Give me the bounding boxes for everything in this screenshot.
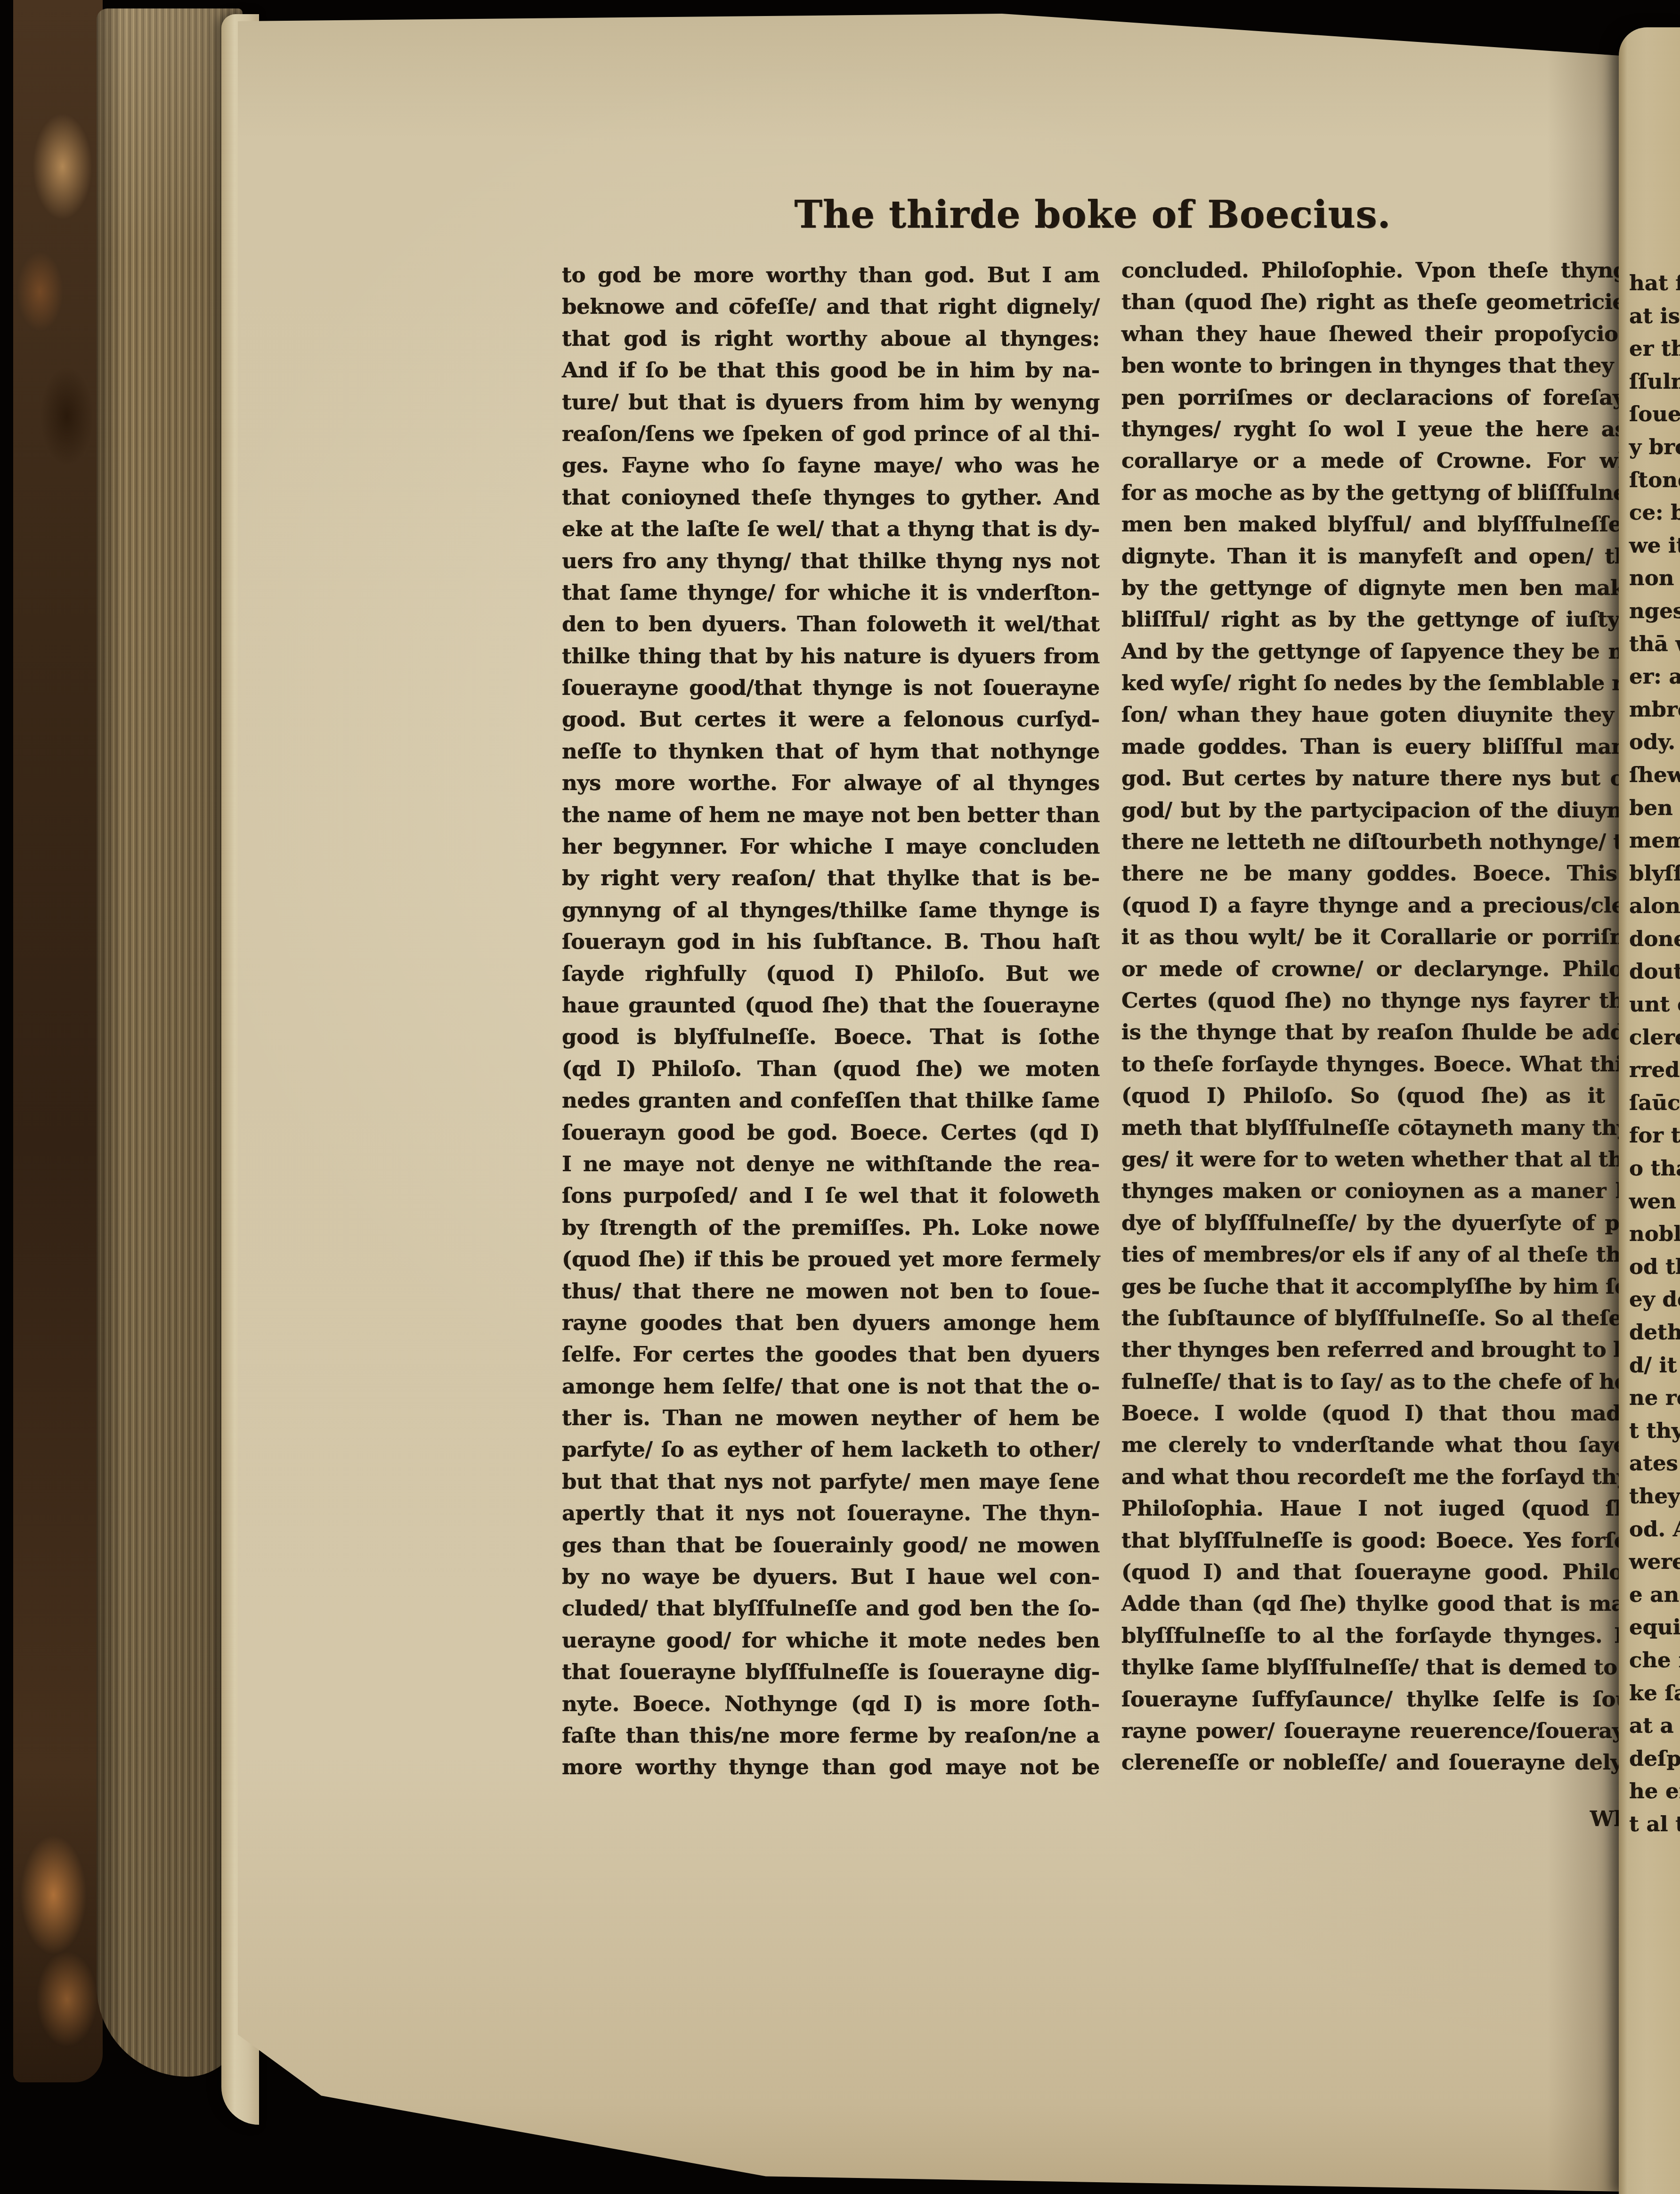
text-line: to god be more worthy than god. But I am <box>562 259 1100 291</box>
text-line: dignyte. Than it is manyfeſt and open/ t… <box>1121 540 1653 572</box>
text-line: od. And <box>1629 1513 1680 1546</box>
text-line: ben wonte to bringen in thynges that the… <box>1121 350 1653 381</box>
text-column-left: to god be more worthy than god. But I am… <box>562 259 1100 1783</box>
text-line: her begynner. For whiche I maye conclude… <box>562 831 1100 862</box>
text-line: concluded. Philoſophie. Vpon theſe thyng… <box>1121 254 1653 286</box>
text-line: at a wight <box>1629 1709 1680 1742</box>
text-line: ſelfe. For certes the goodes that ben dy… <box>562 1338 1100 1370</box>
text-line: Boece. I wolde (quod I) that thou madeſt <box>1121 1397 1653 1429</box>
page: The thirde boke of Boecius. to god be mo… <box>238 10 1627 2192</box>
text-line: corallarye or a mede of Crowne. For why/ <box>1121 445 1653 476</box>
text-line: membre <box>1629 824 1680 857</box>
text-line: (qd I) Philoſo. Than (quod ſhe) we moten <box>562 1053 1100 1085</box>
text-line: men ben maked blyſful/ and blyſſfulneſſe… <box>1121 508 1653 540</box>
text-line: by the gettynge of dignyte men ben maked <box>1121 572 1653 604</box>
text-line: faſte than this/ne more ferme by reaſon/… <box>562 1720 1100 1751</box>
text-line: ſouerayne ſuffyſaunce/ thylke ſelfe is ſ… <box>1121 1683 1653 1715</box>
text-line: that god is right worthy aboue al thynge… <box>562 323 1100 354</box>
text-line: dye of blyſſfulneſſe/ by the dyuerſyte o… <box>1121 1207 1653 1239</box>
text-line: the name of hem ne maye not ben better t… <box>562 799 1100 831</box>
text-line: they deſ <box>1629 1480 1680 1513</box>
text-line: nys more worthe. For alwaye of al thynge… <box>562 767 1100 799</box>
text-line: ody. Bo <box>1629 726 1680 759</box>
text-line: were by <box>1629 1545 1680 1578</box>
catchword: What <box>1121 1806 1653 1831</box>
text-line: apertly that it nys not ſouerayne. The t… <box>562 1497 1100 1529</box>
text-line: thā wer <box>1629 628 1680 661</box>
text-line: e and the <box>1629 1578 1680 1611</box>
text-line: thilke thing that by his nature is dyuer… <box>562 640 1100 672</box>
text-line: done. Bo <box>1629 922 1680 955</box>
text-line: amonge hem ſelfe/ that one is not that t… <box>562 1370 1100 1402</box>
text-line: there ne letteth ne diſtourbeth nothynge… <box>1121 826 1653 857</box>
text-line: rayne power/ ſouerayne reuerence/ſoueray… <box>1121 1715 1653 1746</box>
text-line: den to ben dyuers. Than foloweth it wel/… <box>562 608 1100 640</box>
facing-page-edge: hat ſayeſtat is to ſaer thyngeſſulneſſeſ… <box>1619 27 1680 2194</box>
text-line: to theſe forſayde thynges. Boece. What t… <box>1121 1048 1653 1080</box>
text-line: uerayne good/ for whiche it mote nedes b… <box>562 1624 1100 1656</box>
text-line: me clerely to vnderſtande what thou ſaye… <box>1121 1429 1653 1460</box>
text-line: ſon/ whan they haue goten diuynite they … <box>1121 699 1653 730</box>
text-line: ges/ it were for to weten whether that a… <box>1121 1143 1653 1175</box>
text-line: ked wyſe/ right ſo nedes by the ſemblabl… <box>1121 667 1653 699</box>
text-line: clereneſſe or nobleſſe/ and ſouerayne de… <box>1121 1746 1653 1778</box>
text-line: haue graunted (quod ſhe) that the ſouera… <box>562 989 1100 1021</box>
text-line: it as thou wylt/ be it Corallarie or por… <box>1121 921 1653 953</box>
text-line: mbres/ t <box>1629 693 1680 726</box>
text-line: cluded/ that blyſſfulneſſe and god ben t… <box>562 1592 1100 1624</box>
text-line: blyſſfulneſſe to al the forſayde thynges… <box>1121 1620 1653 1651</box>
text-line: meth that blyſſfulneſſe cōtayneth many t… <box>1121 1112 1653 1143</box>
text-line: ſouerayne good/that thynge is not ſouera… <box>562 672 1100 703</box>
text-line: ſaūce req <box>1629 1086 1680 1119</box>
text-line: od the ſōm <box>1629 1250 1680 1283</box>
text-line: more worthy thynge than god maye not be <box>562 1751 1100 1783</box>
text-line: good is blyſfulneſſe. Boece. That is ſot… <box>562 1021 1100 1052</box>
text-line: reaſon/ſens we ſpeken of god prince of a… <box>562 418 1100 449</box>
text-line: Adde than (qd ſhe) thylke good that is m… <box>1121 1588 1653 1619</box>
text-line: fulneſſe/ that is to ſay/ as to the chef… <box>1121 1366 1653 1397</box>
text-line: thynges/ ryght ſo wol I yeue the here as… <box>1121 413 1653 445</box>
text-line: alone/ bi <box>1629 889 1680 922</box>
text-line: we it to n <box>1629 529 1680 562</box>
book-fore-edge <box>97 8 243 2077</box>
text-line: (quod I) and that ſouerayne good. Philoſ… <box>1121 1556 1653 1588</box>
text-line: nyte. Boece. Nothynge (qd I) is more ſot… <box>562 1688 1100 1720</box>
text-line: thynges maken or conioynen as a maner bo… <box>1121 1175 1653 1207</box>
text-line: that blyſſfulneſſe is good: Boece. Yes f… <box>1121 1525 1653 1556</box>
text-line: by ſtrength of the premiſſes. Ph. Loke n… <box>562 1212 1100 1243</box>
text-line: ture/ but that is dyuers from him by wen… <box>562 386 1100 418</box>
text-line: equiren. <box>1629 1611 1680 1644</box>
text-line: that ſame thynge/ for whiche it is vnder… <box>562 577 1100 608</box>
text-line: ce: but I <box>1629 496 1680 529</box>
text-line: d/ it ne m <box>1629 1349 1680 1382</box>
text-line: the ſubſtaunce of blyſſfulneſſe. So al t… <box>1121 1302 1653 1334</box>
text-line: Philoſophia. Haue I not iuged (quod ſhe) <box>1121 1493 1653 1524</box>
text-line: ey deſyred <box>1629 1283 1680 1316</box>
text-line: that ſouerayne blyſſfulneſſe is ſouerayn… <box>562 1656 1100 1688</box>
text-line: che men <box>1629 1644 1680 1677</box>
text-line: (quod I) Philoſo. So (quod ſhe) as it ſe… <box>1121 1080 1653 1111</box>
text-line: rred and <box>1629 1053 1680 1086</box>
book-cover-edge <box>13 0 103 2082</box>
text-line: er thynge <box>1629 332 1680 365</box>
text-line: nedes granten and confeſſen that thilke … <box>562 1085 1100 1116</box>
text-line: but that that nys not parfyte/ men maye … <box>562 1466 1100 1497</box>
text-line: there ne be many goddes. Boece. This is <box>1121 857 1653 889</box>
running-title: The thirde boke of Boecius. <box>549 192 1637 237</box>
text-line: wen we th <box>1629 1185 1680 1218</box>
text-line: ties of membres/or els if any of al theſ… <box>1121 1239 1653 1270</box>
text-line: y brought <box>1629 431 1680 464</box>
text-line: at is to ſa <box>1629 300 1680 333</box>
text-line: or mede of crowne/ or declarynge. Philoſ… <box>1121 953 1653 985</box>
text-line: neſſe to thynken that of hym that nothyn… <box>562 735 1100 767</box>
text-line: unt of thy <box>1629 988 1680 1021</box>
text-line: ther is. Than ne mowen neyther of hem be <box>562 1402 1100 1434</box>
text-line: ſhewed <box>1629 759 1680 791</box>
text-line: And by the gettynge of ſapyence they be … <box>1121 636 1653 667</box>
text-line: er: and ſ <box>1629 660 1680 693</box>
text-line: pen porriſmes or declaracions of foreſay… <box>1121 382 1653 413</box>
text-line: nobleſſe/a <box>1629 1217 1680 1250</box>
text-line: eke at the laſte ſe wel/ that a thyng th… <box>562 513 1100 545</box>
text-line: by right very reaſon/ that thylke that i… <box>562 862 1100 894</box>
text-line: ſouerayn god in his ſubſtance. B. Thou h… <box>562 926 1100 957</box>
text-line: ges be ſuche that it accomplyſſhe by him… <box>1121 1271 1653 1302</box>
text-line: parfyte/ ſo as eyther of hem lacketh to … <box>562 1434 1100 1465</box>
text-line: hat ſayeſt <box>1629 267 1680 300</box>
text-line: for as moche as by the gettyng of bliſſf… <box>1121 477 1653 508</box>
text-line: by no waye be dyuers. But I haue wel con… <box>562 1561 1100 1592</box>
text-line: (quod I) a fayre thynge and a precious/c… <box>1121 889 1653 921</box>
text-line: deſpreth n <box>1629 1742 1680 1775</box>
text-column-right: concluded. Philoſophie. Vpon theſe thyng… <box>1121 254 1653 1778</box>
text-line: ſſulneſſe <box>1629 365 1680 398</box>
text-line: And if ſo be that this good be in him by… <box>562 354 1100 386</box>
text-line: nges (qu <box>1629 595 1680 628</box>
facing-page-line-fragments: hat ſayeſtat is to ſaer thyngeſſulneſſeſ… <box>1629 267 1680 1841</box>
text-line: o that it b <box>1629 1152 1680 1185</box>
text-line: whan they haue ſhewed their propoſycions… <box>1121 318 1653 350</box>
text-line: Certes (quod ſhe) no thynge nys fayrer t… <box>1121 985 1653 1016</box>
text-line: is the thynge that by reaſon ſhulde be a… <box>1121 1016 1653 1048</box>
text-line: bliſſful/ right as by the gettynge of iu… <box>1121 604 1653 635</box>
text-line: ges than that be ſouerainly good/ ne mow… <box>562 1529 1100 1561</box>
text-line: blyſſful <box>1629 857 1680 890</box>
text-line: ne requy <box>1629 1381 1680 1414</box>
text-line: ates if <box>1629 1447 1680 1480</box>
text-line: t thynge <box>1629 1414 1680 1447</box>
text-line: ſtonde w <box>1629 464 1680 497</box>
text-line: t al thyng <box>1629 1808 1680 1841</box>
text-line: that conioyned theſe thynges to gyther. … <box>562 481 1100 513</box>
text-line: ben al <box>1629 791 1680 824</box>
text-line: doutous <box>1629 955 1680 988</box>
text-line: he effecte <box>1629 1775 1680 1808</box>
text-line: ſouerayn <box>1629 398 1680 431</box>
text-line: (quod ſhe) if this be proued yet more fe… <box>562 1243 1100 1275</box>
text-line: for thy ie <box>1629 1119 1680 1152</box>
text-line: thus/ that there ne mowen not ben to ſou… <box>562 1275 1100 1307</box>
text-line: I ne maye not denye ne withſtande the re… <box>562 1148 1100 1180</box>
text-line: made goddes. Than is euery bliſſful man … <box>1121 731 1653 762</box>
text-line: ſayde righfully (quod I) Philoſo. But we <box>562 958 1100 989</box>
text-line: non of th <box>1629 562 1680 595</box>
text-line: ſons purpoſed/ and I ſe wel that it folo… <box>562 1180 1100 1211</box>
text-line: ges. Fayne who ſo fayne maye/ who was he <box>562 449 1100 481</box>
book-photograph: The thirde boke of Boecius. to god be mo… <box>0 0 1680 2194</box>
text-line: thylke ſame blyſſfulneſſe/ that is demed… <box>1121 1651 1653 1683</box>
text-line: gynnyng of al thynges/thilke ſame thynge… <box>562 894 1100 926</box>
text-line: uers fro any thyng/ that thilke thyng ny… <box>562 545 1100 577</box>
text-line: deth no go <box>1629 1316 1680 1349</box>
text-line: ke ſame <box>1629 1677 1680 1710</box>
text-line: god. But certes by nature there nys but … <box>1121 762 1653 794</box>
text-line: than (quod ſhe) right as theſe geometric… <box>1121 286 1653 318</box>
text-line: clere (qu <box>1629 1021 1680 1054</box>
text-line: god/ but by the partycipacion of the diu… <box>1121 794 1653 826</box>
text-line: ſouerayn good be god. Boece. Certes (qd … <box>562 1117 1100 1148</box>
text-line: good. But certes it were a felonous curſ… <box>562 703 1100 735</box>
text-line: ther thynges ben referred and brought to… <box>1121 1334 1653 1365</box>
text-line: and what thou recordeſt me the forſayd t… <box>1121 1461 1653 1493</box>
text-line: rayne goodes that ben dyuers amonge hem <box>562 1307 1100 1338</box>
text-line: beknowe and cōfeſſe/ and that right dign… <box>562 291 1100 322</box>
